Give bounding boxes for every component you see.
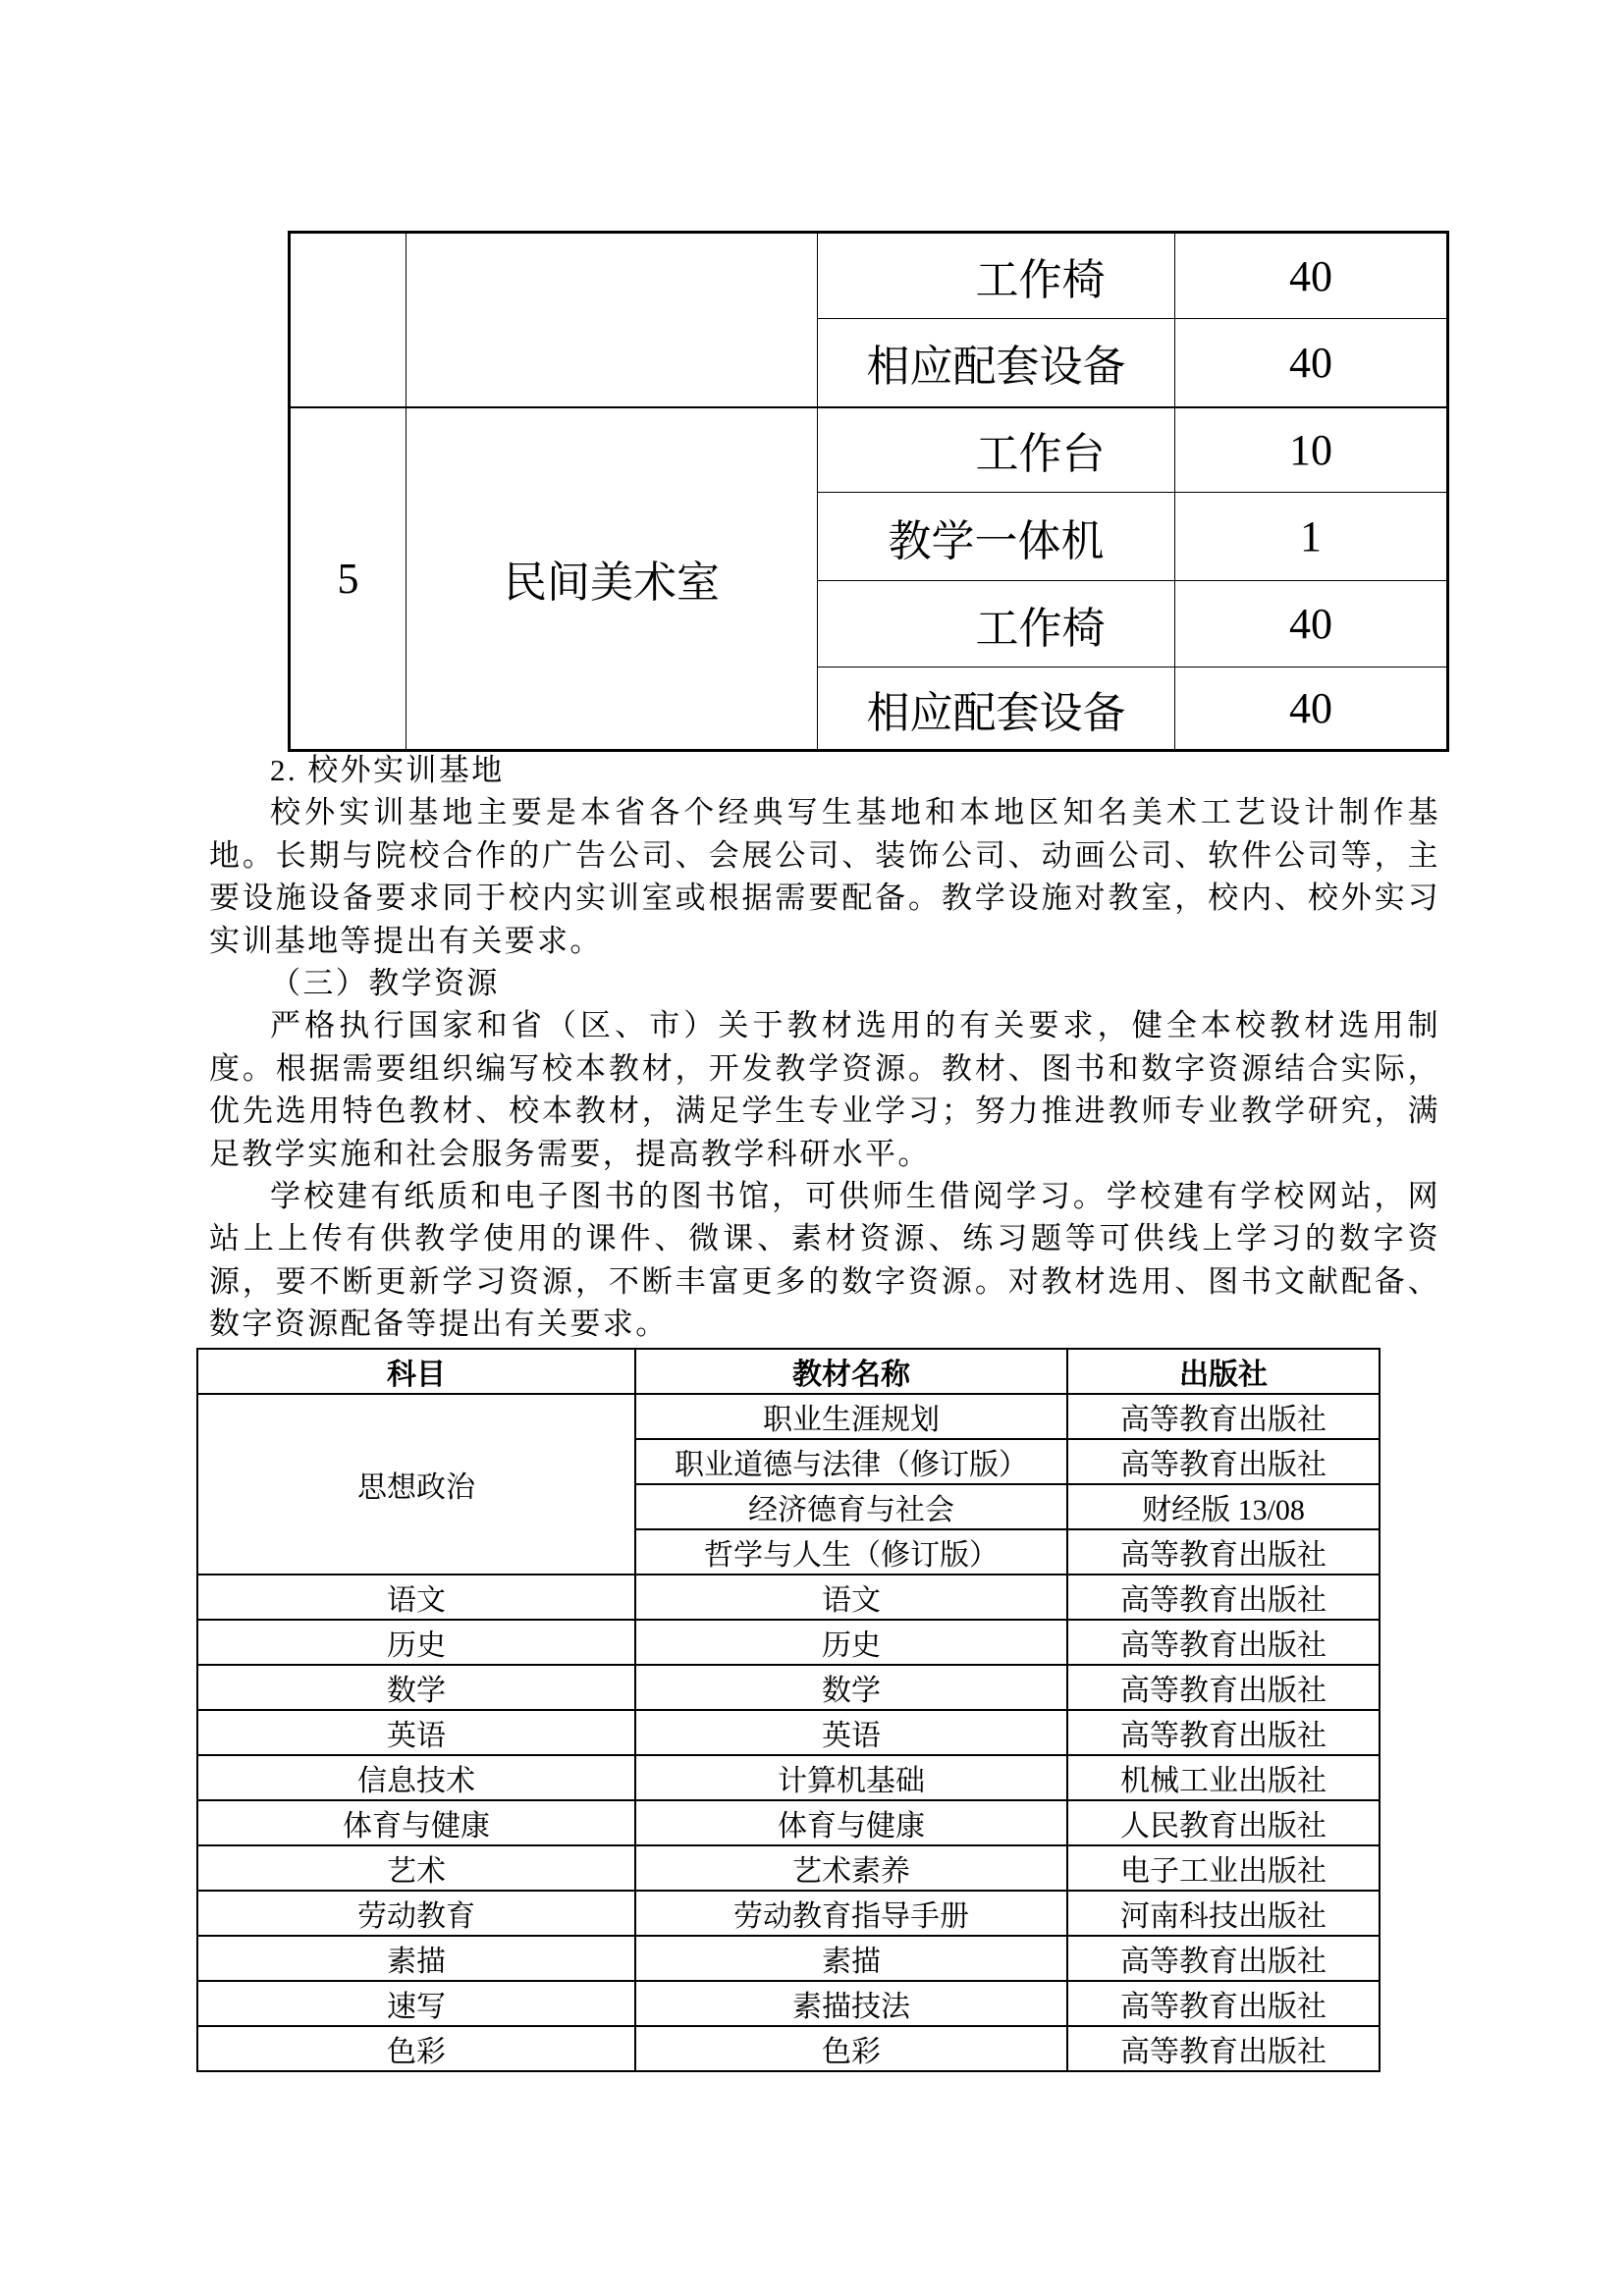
cell-subject: 英语	[197, 1710, 635, 1755]
cell-subject: 色彩	[197, 2026, 635, 2071]
cell-publisher: 高等教育出版社	[1067, 1529, 1380, 1575]
cell-textbook: 语文	[635, 1575, 1067, 1620]
paragraph-teaching-resources-2: 学校建有纸质和电子图书的图书馆，可供师生借阅学习。学校建有学校网站，网站上上传有…	[209, 1175, 1440, 1346]
paragraph-teaching-resources-1: 严格执行国家和省（区、市）关于教材选用的有关要求，健全本校教材选用制度。根据需要…	[209, 1004, 1440, 1175]
table-row: 色彩 色彩 高等教育出版社	[197, 2026, 1380, 2071]
table-row: 数学 数学 高等教育出版社	[197, 1665, 1380, 1710]
body-text: 2. 校外实训基地 校外实训基地主要是本省各个经典写生基地和本地区知名美术工艺设…	[209, 749, 1440, 1346]
cell-qty: 40	[1175, 319, 1448, 407]
cell-seq: 5	[290, 407, 406, 751]
cell-room	[406, 233, 818, 407]
cell-textbook: 素描	[635, 1936, 1067, 1981]
header-publisher: 出版社	[1067, 1349, 1380, 1394]
cell-publisher: 高等教育出版社	[1067, 1665, 1380, 1710]
table-row: 素描 素描 高等教育出版社	[197, 1936, 1380, 1981]
cell-item: 工作台	[818, 407, 1175, 493]
cell-publisher: 高等教育出版社	[1067, 1620, 1380, 1665]
cell-item: 教学一体机	[818, 493, 1175, 581]
cell-textbook: 数学	[635, 1665, 1067, 1710]
cell-subject: 数学	[197, 1665, 635, 1710]
cell-qty: 10	[1175, 407, 1448, 493]
table-row: 速写 素描技法 高等教育出版社	[197, 1981, 1380, 2026]
cell-item: 相应配套设备	[818, 667, 1175, 751]
cell-item: 工作椅	[818, 581, 1175, 667]
cell-publisher: 高等教育出版社	[1067, 1936, 1380, 1981]
paragraph-outside-training: 校外实训基地主要是本省各个经典写生基地和本地区知名美术工艺设计制作基地。长期与院…	[209, 791, 1440, 962]
cell-textbook: 体育与健康	[635, 1800, 1067, 1845]
cell-subject: 速写	[197, 1981, 635, 2026]
document-page: 工作椅 40 相应配套设备 40 5 民间美术室 工作台 10 教学一体机 1 …	[0, 0, 1624, 2296]
table-row: 思想政治 职业生涯规划 高等教育出版社	[197, 1394, 1380, 1439]
cell-textbook: 历史	[635, 1620, 1067, 1665]
cell-publisher: 高等教育出版社	[1067, 1575, 1380, 1620]
cell-textbook: 经济德育与社会	[635, 1484, 1067, 1529]
header-subject: 科目	[197, 1349, 635, 1394]
cell-publisher: 高等教育出版社	[1067, 1710, 1380, 1755]
cell-publisher: 机械工业出版社	[1067, 1755, 1380, 1800]
cell-textbook: 英语	[635, 1710, 1067, 1755]
cell-qty: 1	[1175, 493, 1448, 581]
cell-seq	[290, 233, 406, 407]
textbook-table: 科目 教材名称 出版社 思想政治 职业生涯规划 高等教育出版社 职业道德与法律（…	[196, 1348, 1380, 2072]
cell-textbook: 劳动教育指导手册	[635, 1891, 1067, 1936]
cell-qty: 40	[1175, 667, 1448, 751]
table-row: 艺术 艺术素养 电子工业出版社	[197, 1845, 1380, 1891]
section-heading-teaching-resources: （三）教学资源	[209, 962, 1440, 1004]
cell-subject: 艺术	[197, 1845, 635, 1891]
cell-textbook: 素描技法	[635, 1981, 1067, 2026]
equipment-table: 工作椅 40 相应配套设备 40 5 民间美术室 工作台 10 教学一体机 1 …	[288, 231, 1449, 752]
cell-publisher: 高等教育出版社	[1067, 1394, 1380, 1439]
cell-publisher: 高等教育出版社	[1067, 2026, 1380, 2071]
cell-item: 相应配套设备	[818, 319, 1175, 407]
table-row: 英语 英语 高等教育出版社	[197, 1710, 1380, 1755]
table-row: 信息技术 计算机基础 机械工业出版社	[197, 1755, 1380, 1800]
cell-subject: 体育与健康	[197, 1800, 635, 1845]
cell-textbook: 职业道德与法律（修订版）	[635, 1439, 1067, 1484]
cell-textbook: 职业生涯规划	[635, 1394, 1067, 1439]
cell-publisher: 高等教育出版社	[1067, 1439, 1380, 1484]
cell-subject: 语文	[197, 1575, 635, 1620]
cell-textbook: 哲学与人生（修订版）	[635, 1529, 1067, 1575]
table-row: 劳动教育 劳动教育指导手册 河南科技出版社	[197, 1891, 1380, 1936]
cell-subject: 思想政治	[197, 1394, 635, 1575]
cell-publisher: 电子工业出版社	[1067, 1845, 1380, 1891]
header-textbook: 教材名称	[635, 1349, 1067, 1394]
cell-qty: 40	[1175, 581, 1448, 667]
cell-subject: 历史	[197, 1620, 635, 1665]
cell-publisher: 高等教育出版社	[1067, 1981, 1380, 2026]
cell-item: 工作椅	[818, 233, 1175, 319]
table-header-row: 科目 教材名称 出版社	[197, 1349, 1380, 1394]
cell-publisher: 河南科技出版社	[1067, 1891, 1380, 1936]
cell-textbook: 计算机基础	[635, 1755, 1067, 1800]
table-row: 历史 历史 高等教育出版社	[197, 1620, 1380, 1665]
cell-subject: 劳动教育	[197, 1891, 635, 1936]
cell-publisher: 人民教育出版社	[1067, 1800, 1380, 1845]
table-row: 语文 语文 高等教育出版社	[197, 1575, 1380, 1620]
table-row: 工作椅 40	[290, 233, 1448, 319]
cell-subject: 素描	[197, 1936, 635, 1981]
cell-subject: 信息技术	[197, 1755, 635, 1800]
cell-room: 民间美术室	[406, 407, 818, 751]
table-row: 5 民间美术室 工作台 10	[290, 407, 1448, 493]
cell-textbook: 艺术素养	[635, 1845, 1067, 1891]
cell-textbook: 色彩	[635, 2026, 1067, 2071]
cell-qty: 40	[1175, 233, 1448, 319]
cell-publisher: 财经版 13/08	[1067, 1484, 1380, 1529]
section-heading-outside-training: 2. 校外实训基地	[209, 749, 1440, 791]
table-row: 体育与健康 体育与健康 人民教育出版社	[197, 1800, 1380, 1845]
